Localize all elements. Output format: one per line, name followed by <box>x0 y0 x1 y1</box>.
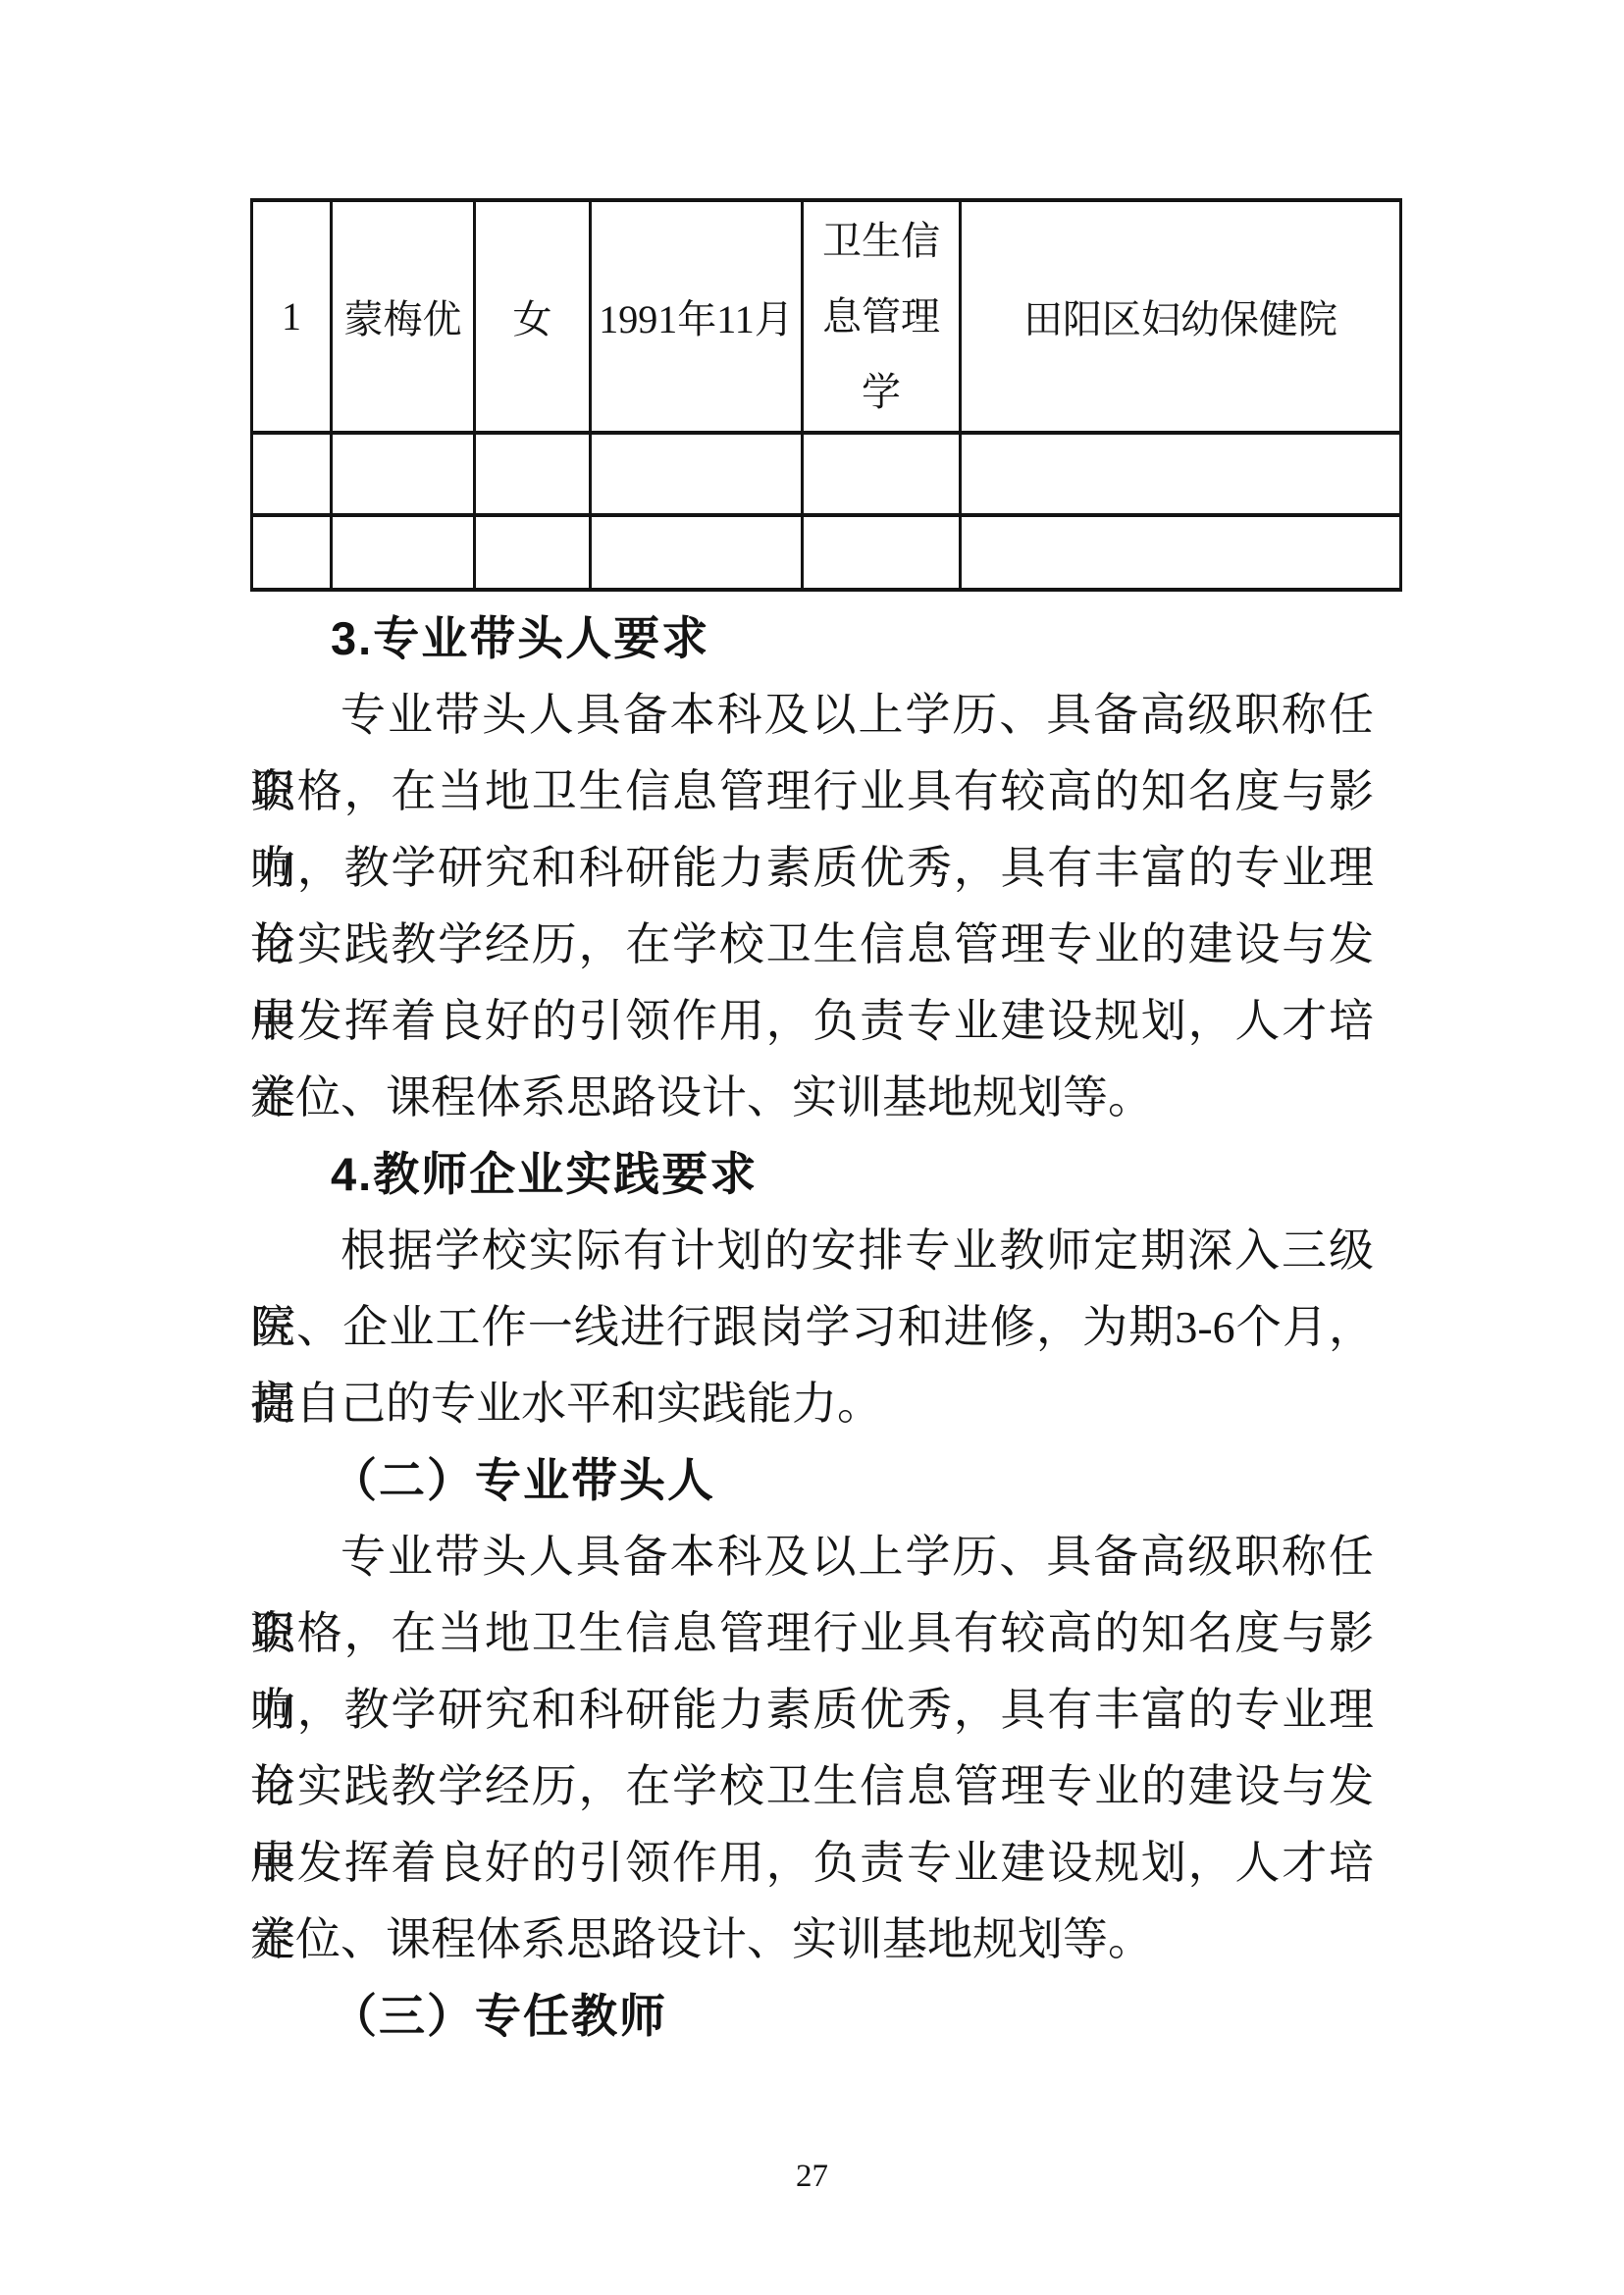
section-heading: 4.教师企业实践要求 <box>250 1136 1374 1213</box>
document-body: 3.专业带头人要求 专业带头人具备本科及以上学历、具备高级职称任职 资格，在当地… <box>250 600 1374 2055</box>
paragraph-line: 高自己的专业水平和实践能力。 <box>250 1366 1374 1442</box>
cell-major: 卫生信息管理学 <box>803 200 961 433</box>
paragraph-line: 根据学校实际有计划的安排专业教师定期深入三级医 <box>250 1213 1374 1289</box>
cell-workplace: 田阳区妇幼保健院 <box>961 200 1401 433</box>
paragraph-line: 定位、课程体系思路设计、实训基地规划等。 <box>250 1902 1374 1978</box>
paragraph-line: 专业带头人具备本科及以上学历、具备高级职称任职 <box>250 1519 1374 1595</box>
paragraph-line: 力，教学研究和科研能力素质优秀，具有丰富的专业理论 <box>250 830 1374 907</box>
paragraph-line: 资格，在当地卫生信息管理行业具有较高的知名度与影响 <box>250 754 1374 830</box>
document-page: 1 蒙梅优 女 1991年11月 卫生信息管理学 田阳区妇幼保健院 3.专业带头… <box>0 0 1624 2295</box>
paragraph-line: 专业带头人具备本科及以上学历、具备高级职称任职 <box>250 677 1374 754</box>
empty-cell <box>591 433 803 515</box>
table-row: 1 蒙梅优 女 1991年11月 卫生信息管理学 田阳区妇幼保健院 <box>252 200 1401 433</box>
empty-cell <box>252 433 332 515</box>
empty-cell <box>475 515 591 590</box>
paragraph-line: 中发挥着良好的引领作用，负责专业建设规划，人才培养 <box>250 1825 1374 1902</box>
empty-cell <box>252 515 332 590</box>
cell-name: 蒙梅优 <box>332 200 475 433</box>
paragraph-line: 中发挥着良好的引领作用，负责专业建设规划，人才培养 <box>250 983 1374 1060</box>
cell-gender: 女 <box>475 200 591 433</box>
teacher-info-table: 1 蒙梅优 女 1991年11月 卫生信息管理学 田阳区妇幼保健院 <box>250 198 1402 592</box>
paragraph-line: 力，教学研究和科研能力素质优秀，具有丰富的专业理论 <box>250 1672 1374 1748</box>
cell-index: 1 <box>252 200 332 433</box>
empty-cell <box>803 433 961 515</box>
table-row <box>252 433 1401 515</box>
section-heading: 3.专业带头人要求 <box>250 600 1374 677</box>
table-row <box>252 515 1401 590</box>
empty-cell <box>803 515 961 590</box>
paragraph-line: 院、企业工作一线进行跟岗学习和进修，为期3-6个月，提 <box>250 1289 1374 1366</box>
empty-cell <box>475 433 591 515</box>
empty-cell <box>332 433 475 515</box>
empty-cell <box>961 433 1401 515</box>
cell-birthdate: 1991年11月 <box>591 200 803 433</box>
paragraph-line: 资格，在当地卫生信息管理行业具有较高的知名度与影响 <box>250 1595 1374 1672</box>
section-heading: （二）专业带头人 <box>250 1442 1374 1519</box>
paragraph-line: 定位、课程体系思路设计、实训基地规划等。 <box>250 1060 1374 1136</box>
empty-cell <box>332 515 475 590</box>
page-number: 27 <box>0 2159 1624 2195</box>
section-heading: （三）专任教师 <box>250 1978 1374 2055</box>
paragraph-line: 与实践教学经历，在学校卫生信息管理专业的建设与发展 <box>250 1748 1374 1825</box>
empty-cell <box>961 515 1401 590</box>
empty-cell <box>591 515 803 590</box>
paragraph-line: 与实践教学经历，在学校卫生信息管理专业的建设与发展 <box>250 907 1374 983</box>
